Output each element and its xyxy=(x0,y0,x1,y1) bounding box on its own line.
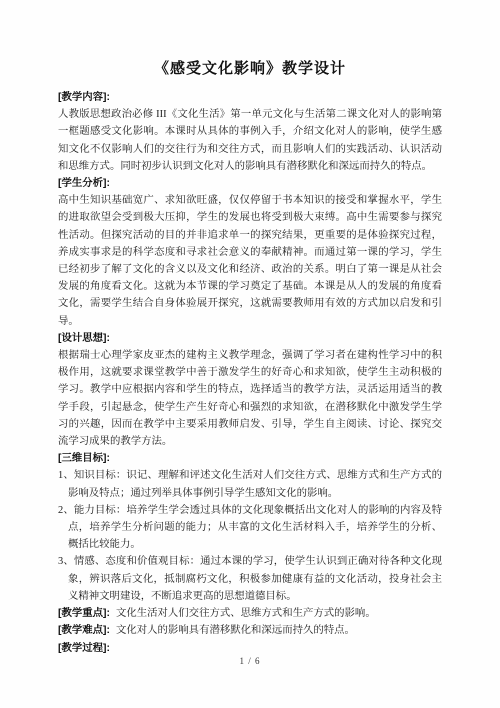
section-label-teaching-process: [教学过程]: xyxy=(58,643,110,654)
section-label-teaching-difficulty: [教学难点]: xyxy=(58,625,110,636)
section-teaching-content: [教学内容]: 人教版思想政治必修 III《文化生活》第一单元文化与生活第二课文… xyxy=(58,89,442,175)
section-label-three-dimensional-goals: [三维目标]: xyxy=(58,450,442,467)
section-teaching-difficulty: [教学难点]:文化对人的影响具有潜移默化和深远而持久的特点。 xyxy=(58,622,442,639)
list-item-knowledge-goal: 1、知识目标：识记、理解和评述文化生活对人们交往方式、思维方式和生产方式的影响及… xyxy=(58,467,442,501)
section-teaching-key-point: [教学重点]:文化生活对人们交往方式、思维方式和生产方式的影响。 xyxy=(58,605,442,622)
section-design-concept: [设计思想]: 根据瑞士心理学家皮亚杰的建构主义教学理念，强调了学习者在建构性学… xyxy=(58,330,442,450)
section-student-analysis: [学生分析]: 高中生知识基础宽广、求知欲旺盛，仅仅停留于书本知识的接受和掌握水… xyxy=(58,175,442,330)
section-label-teaching-key-point: [教学重点]: xyxy=(58,608,110,619)
section-three-dimensional-goals: [三维目标]: 1、知识目标：识记、理解和评述文化生活对人们交往方式、思维方式和… xyxy=(58,450,442,605)
page-number: 1 / 6 xyxy=(0,656,500,666)
section-label-design-concept: [设计思想]: xyxy=(58,330,442,347)
section-label-teaching-content: [教学内容]: xyxy=(58,89,442,106)
section-paragraph: 根据瑞士心理学家皮亚杰的建构主义教学理念，强调了学习者在建构性学习中的积极作用，… xyxy=(58,347,442,450)
list-item-ability-goal: 2、能力目标：培养学生学会透过具体的文化现象概括出文化对人的影响的内容及特点，培… xyxy=(58,502,442,554)
key-point-text: 文化生活对人们交往方式、思维方式和生产方式的影响。 xyxy=(116,608,376,619)
section-paragraph: 高中生知识基础宽广、求知欲旺盛，仅仅停留于书本知识的接受和掌握水平，学生的进取欲… xyxy=(58,192,442,330)
section-label-student-analysis: [学生分析]: xyxy=(58,175,442,192)
difficulty-text: 文化对人的影响具有潜移默化和深远而持久的特点。 xyxy=(116,625,355,636)
section-teaching-process: [教学过程]: xyxy=(58,640,442,657)
document-page: 《感受文化影响》教学设计 [教学内容]: 人教版思想政治必修 III《文化生活》… xyxy=(0,0,500,708)
document-body: [教学内容]: 人教版思想政治必修 III《文化生活》第一单元文化与生活第二课文… xyxy=(58,89,442,657)
list-item-emotion-goal: 3、情感、态度和价值观目标：通过本课的学习，使学生认识到正确对待各种文化现象，辨… xyxy=(58,553,442,605)
section-paragraph: 人教版思想政治必修 III《文化生活》第一单元文化与生活第二课文化对人的影响第一… xyxy=(58,106,442,175)
page-title: 《感受文化影响》教学设计 xyxy=(58,57,442,78)
